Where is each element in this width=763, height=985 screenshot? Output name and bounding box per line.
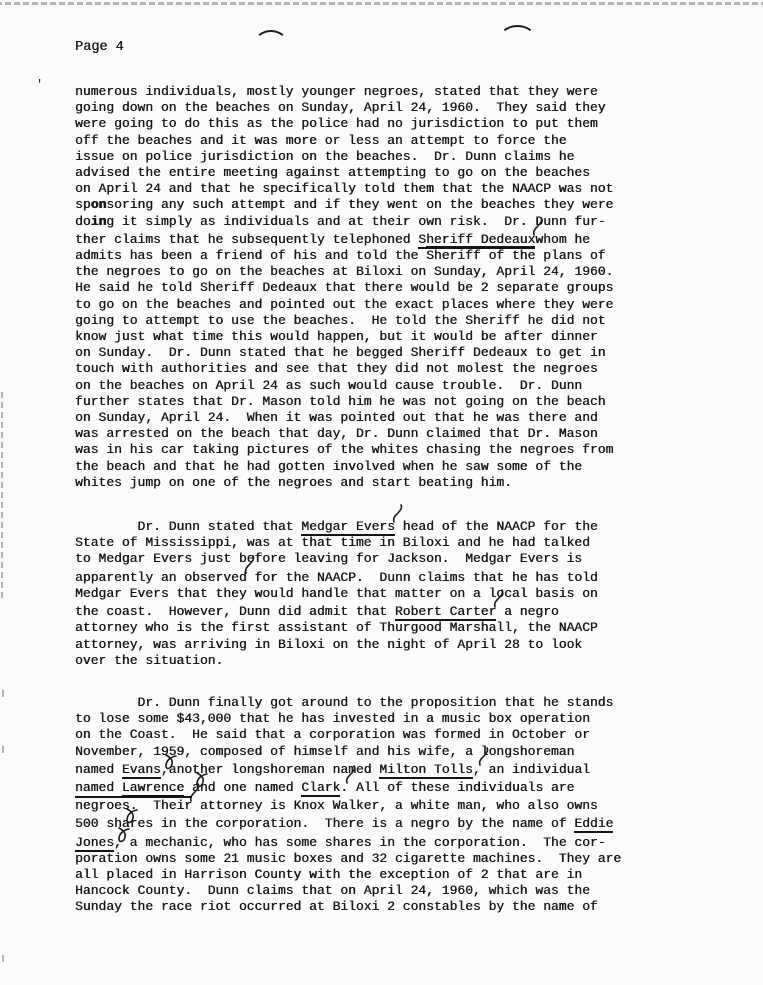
paragraph: numerous individuals, mostly younger neg… bbox=[75, 84, 723, 491]
text-line: on April 24 and that he specifically tol… bbox=[75, 181, 723, 197]
text-run: on Sunday. Dr. Dunn stated that he begge… bbox=[75, 345, 606, 360]
text-line: 500 shares in the corporation. There is … bbox=[75, 814, 723, 832]
scan-edge-artifact bbox=[1, 392, 3, 598]
text-run: November, 1959, composed of himself and … bbox=[75, 744, 574, 759]
text-run: poration owns some 21 music boxes and 32… bbox=[75, 851, 621, 866]
text-line: Jones, a mechanic, who has some shares i… bbox=[75, 833, 723, 851]
text-line: named Lawrence and one named Clark. All … bbox=[75, 778, 723, 796]
scan-perforation-edge bbox=[0, 2, 763, 5]
underlined-text: Lawrence bbox=[122, 780, 184, 797]
underlined-text: Milton Tolls bbox=[379, 762, 473, 779]
text-line: were going to do this as the police had … bbox=[75, 116, 723, 132]
text-run: over the situation. bbox=[75, 653, 223, 668]
text-line: attorney, was arriving in Biloxi on the … bbox=[75, 637, 723, 653]
text-run: was in his car taking pictures of the wh… bbox=[75, 442, 613, 457]
text-line: attorney who is the first assistant of T… bbox=[75, 620, 723, 636]
text-run: were going to do this as the police had … bbox=[75, 116, 598, 131]
text-line: named Evans,another longshoreman named M… bbox=[75, 760, 723, 778]
text-line: He said he told Sheriff Dedeaux that the… bbox=[75, 280, 723, 296]
text-run: nd one named bbox=[200, 780, 301, 795]
text-run: attorney who is the first assistant of T… bbox=[75, 620, 598, 635]
text-line: Hancock County. Dunn claims that on Apri… bbox=[75, 883, 723, 899]
text-line: on Sunday. Dr. Dunn stated that he begge… bbox=[75, 345, 723, 361]
text-run: He said he told Sheriff Dedeaux that the… bbox=[75, 280, 613, 295]
text-line: was in his car taking pictures of the wh… bbox=[75, 442, 723, 458]
text-run: attorney, was arriving in Biloxi on the … bbox=[75, 637, 582, 652]
text-run: sp bbox=[75, 197, 91, 212]
text-line: whites jump on one of the negroes and st… bbox=[75, 475, 723, 491]
text-run: soring any such attempt and if they went… bbox=[106, 197, 613, 212]
text-line: all placed in Harrison County with the e… bbox=[75, 867, 723, 883]
text-line: to go on the beaches and pointed out the… bbox=[75, 297, 723, 313]
text-run: going to attempt to use the beaches. He … bbox=[75, 313, 606, 328]
underlined-text: Jones bbox=[75, 835, 114, 852]
underlined-text: Robert Carter bbox=[395, 604, 496, 621]
underlined-text: Clark bbox=[301, 780, 340, 797]
typed-content: Page 4 numerous individuals, mostly youn… bbox=[75, 40, 723, 916]
text-run: attorney is Knox Walker, a white man, wh… bbox=[192, 798, 598, 813]
text-line: to Medgar Evers just before leaving for … bbox=[75, 551, 723, 567]
paragraph: Dr. Dunn finally got around to the propo… bbox=[75, 695, 723, 916]
underlined-text: Eddie bbox=[574, 816, 613, 833]
scanned-document-page: ' Page 4 numerous individuals, mostly yo… bbox=[0, 0, 763, 985]
scan-edge-artifact bbox=[2, 955, 4, 962]
paragraph: Dr. Dunn stated that Medgar Evers head o… bbox=[75, 517, 723, 669]
text-line: know just what time this would happen, b… bbox=[75, 329, 723, 345]
text-line: the coast. However, Dunn did admit that … bbox=[75, 602, 723, 620]
text-line: on the Coast. He said that a corporation… bbox=[75, 727, 723, 743]
text-run: the coast. However, Dunn did admit that bbox=[75, 604, 395, 619]
text-line: the negroes to go on the beaches at Bilo… bbox=[75, 264, 723, 280]
text-run: an individual bbox=[481, 762, 590, 777]
text-run: Dr. Dunn finally got around to the propo… bbox=[75, 695, 613, 710]
text-run: Sunday the race riot occurred at Biloxi … bbox=[75, 899, 598, 914]
text-line: going to attempt to use the beaches. He … bbox=[75, 313, 723, 329]
text-run: know just what time this would happen, b… bbox=[75, 329, 598, 344]
text-line: further states that Dr. Mason told him h… bbox=[75, 394, 723, 410]
text-run: res in the corporation. There is a negro… bbox=[130, 816, 575, 831]
text-run: Sheriff of the bbox=[426, 246, 535, 263]
underlined-text: Medgar Evers bbox=[301, 519, 395, 536]
text-run: plans of bbox=[535, 248, 605, 263]
text-run: do bbox=[75, 214, 91, 229]
text-run: All of these individuals are bbox=[348, 780, 574, 795]
text-line: to lose some $43,000 that he has investe… bbox=[75, 711, 723, 727]
text-line: advised the entire meeting against attem… bbox=[75, 165, 723, 181]
text-run: was arrested on the beach that day, Dr. … bbox=[75, 426, 598, 441]
text-line: on the beaches on April 24 as such would… bbox=[75, 378, 723, 394]
text-run: ther claims that he subsequently telepho… bbox=[75, 232, 418, 247]
text-line: poration owns some 21 music boxes and 32… bbox=[75, 851, 723, 867]
text-line: Sunday the race riot occurred at Biloxi … bbox=[75, 899, 723, 915]
text-run: the beach and that he had gotten involve… bbox=[75, 459, 582, 474]
text-line: Medgar Evers that they would handle that… bbox=[75, 586, 723, 602]
text-run: on Sunday, April 24. When it was pointed… bbox=[75, 410, 598, 425]
text-line: State of Mississippi, was at that time i… bbox=[75, 535, 723, 551]
text-run: further states that Dr. Mason told him h… bbox=[75, 394, 606, 409]
text-run: on bbox=[91, 197, 107, 212]
document-body: numerous individuals, mostly younger neg… bbox=[75, 84, 723, 916]
text-run: named bbox=[75, 780, 122, 795]
text-line: over the situation. bbox=[75, 653, 723, 669]
text-line: was arrested on the beach that day, Dr. … bbox=[75, 426, 723, 442]
text-run: on the Coast. He said that a corporation… bbox=[75, 727, 590, 742]
scan-edge-artifact bbox=[2, 690, 4, 697]
text-run: the negroes to go on the beaches at Bilo… bbox=[75, 264, 613, 279]
text-run: admits has been a friend of his and told… bbox=[75, 248, 426, 263]
text-line: Dr. Dunn stated that Medgar Evers head o… bbox=[75, 517, 723, 535]
text-run: on the beaches on April 24 as such would… bbox=[75, 378, 582, 393]
text-run: on April 24 and that he specifically tol… bbox=[75, 181, 613, 196]
text-run: off the beaches and it was more or less … bbox=[75, 133, 566, 148]
text-line: touch with authorities and see that they… bbox=[75, 361, 723, 377]
text-run: State of Mississippi, was at that time i… bbox=[75, 535, 590, 550]
text-line: going down on the beaches on Sunday, Apr… bbox=[75, 100, 723, 116]
page-label: Page 4 bbox=[75, 40, 723, 56]
text-run: to go on the beaches and pointed out the… bbox=[75, 297, 613, 312]
text-line: ther claims that he subsequently telepho… bbox=[75, 230, 723, 248]
text-run: going down on the beaches on Sunday, Apr… bbox=[75, 100, 606, 115]
text-line: apparently an observed for the NAACP. Du… bbox=[75, 568, 723, 586]
scan-edge-artifact bbox=[2, 746, 4, 753]
text-run: Dr. Dunn stated that bbox=[75, 519, 301, 534]
text-line: off the beaches and it was more or less … bbox=[75, 133, 723, 149]
text-run: issue on police jurisdiction on the beac… bbox=[75, 149, 574, 164]
text-run: to Medgar Evers just before leaving for … bbox=[75, 551, 582, 566]
text-run: numerous individuals, mostly younger neg… bbox=[75, 84, 598, 99]
text-line: negroes. Their attorney is Knox Walker, … bbox=[75, 796, 723, 814]
text-line: issue on police jurisdiction on the beac… bbox=[75, 149, 723, 165]
text-run: apparently an observed bbox=[75, 570, 247, 585]
text-run: touch with authorities and see that they… bbox=[75, 361, 598, 376]
text-run: all placed in Harrison County with the e… bbox=[75, 867, 582, 882]
text-line: doing it simply as individuals and at th… bbox=[75, 214, 723, 230]
text-run: named bbox=[75, 762, 122, 777]
text-run: Hancock County. Dunn claims that on Apri… bbox=[75, 883, 590, 898]
text-line: on Sunday, April 24. When it was pointed… bbox=[75, 410, 723, 426]
underlined-text: Evans bbox=[122, 762, 161, 779]
stray-mark: ' bbox=[36, 78, 43, 92]
text-run: in bbox=[91, 214, 107, 229]
text-run: a mechanic, who has some shares in the c… bbox=[122, 835, 606, 850]
text-run: for the NAACP. Dunn claims that he has t… bbox=[247, 570, 598, 585]
text-run: Medgar Evers that they would handle that… bbox=[75, 586, 598, 601]
text-run: to lose some $43,000 that he has investe… bbox=[75, 711, 590, 726]
text-line: sponsoring any such attempt and if they … bbox=[75, 197, 723, 213]
text-line: admits has been a friend of his and told… bbox=[75, 248, 723, 264]
text-line: numerous individuals, mostly younger neg… bbox=[75, 84, 723, 100]
text-run: whites jump on one of the negroes and st… bbox=[75, 475, 512, 490]
text-run: advised the entire meeting against attem… bbox=[75, 165, 590, 180]
text-line: the beach and that he had gotten involve… bbox=[75, 459, 723, 475]
text-run: head of the NAACP for the bbox=[395, 519, 598, 534]
text-line: Dr. Dunn finally got around to the propo… bbox=[75, 695, 723, 711]
